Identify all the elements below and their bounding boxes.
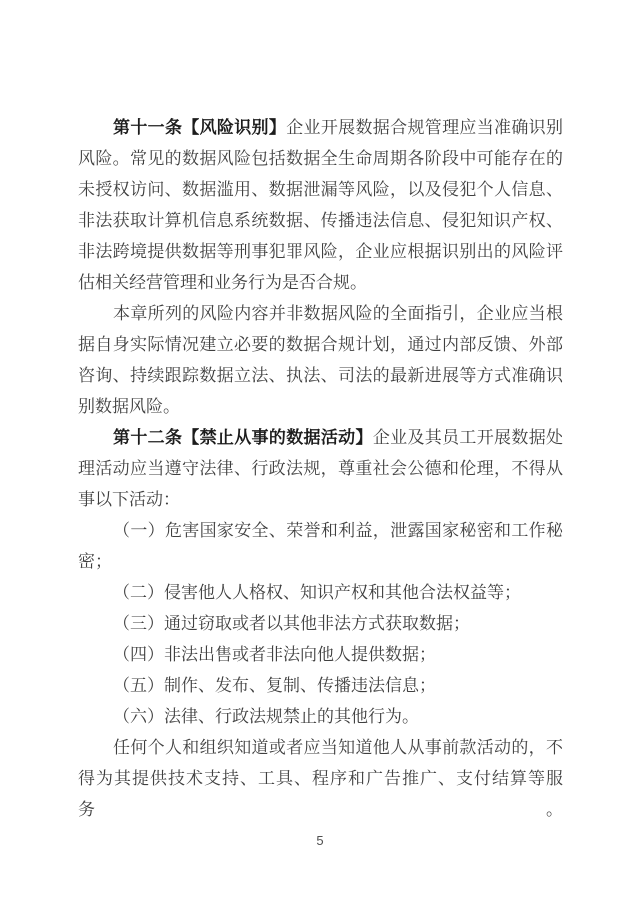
document-page: 第十一条【风险识别】企业开展数据合规管理应当准确识别 风险。常见的数据风险包括数…: [0, 0, 640, 905]
paragraph-risk-note: 本章所列的风险内容并非数据风险的全面指引，企业应当根 据自身实际情况建立必要的数…: [78, 298, 563, 422]
text-line: 事以下活动：: [78, 484, 563, 515]
list-item: （六）法律、行政法规禁止的其他行为。: [78, 701, 563, 732]
list-prohibited-activities: （一）危害国家安全、荣誉和利益，泄露国家秘密和工作秘 密； （二）侵害他人人格权…: [78, 515, 563, 732]
text-line: 别数据风险。: [78, 391, 563, 422]
list-item: （四）非法出售或者非法向他人提供数据；: [78, 639, 563, 670]
article-11-heading-rest: 企业开展数据合规管理应当准确识别: [286, 118, 563, 137]
text-line: 得为其提供技术支持、工具、程序和广告推广、支付结算等服务。: [78, 763, 563, 794]
list-item: 密；: [78, 546, 563, 577]
page-number: 5: [0, 832, 640, 850]
text-line: 本章所列的风险内容并非数据风险的全面指引，企业应当根: [78, 298, 563, 329]
text-line: 任何个人和组织知道或者应当知道他人从事前款活动的，不: [78, 732, 563, 763]
paragraph-article-11: 第十一条【风险识别】企业开展数据合规管理应当准确识别 风险。常见的数据风险包括数…: [78, 112, 563, 298]
text-line: 风险。常见的数据风险包括数据全生命周期各阶段中可能存在的: [78, 143, 563, 174]
text-line: 第十二条【禁止从事的数据活动】企业及其员工开展数据处: [78, 422, 563, 453]
text-line: 未授权访问、数据滥用、数据泄漏等风险，以及侵犯个人信息、: [78, 174, 563, 205]
text-line: 估相关经营管理和业务行为是否合规。: [78, 267, 563, 298]
text-line: 第十一条【风险识别】企业开展数据合规管理应当准确识别: [78, 112, 563, 143]
list-item: （一）危害国家安全、荣誉和利益，泄露国家秘密和工作秘: [78, 515, 563, 546]
list-item: （三）通过窃取或者以其他非法方式获取数据；: [78, 608, 563, 639]
article-12-heading-rest: 企业及其员工开展数据处: [373, 428, 563, 447]
text-line: 非法跨境提供数据等刑事犯罪风险，企业应根据识别出的风险评: [78, 236, 563, 267]
text-line: 理活动应当遵守法律、行政法规，尊重社会公德和伦理，不得从: [78, 453, 563, 484]
article-11-heading: 第十一条【风险识别】: [113, 118, 286, 137]
document-body: 第十一条【风险识别】企业开展数据合规管理应当准确识别 风险。常见的数据风险包括数…: [78, 112, 563, 794]
paragraph-closing: 任何个人和组织知道或者应当知道他人从事前款活动的，不 得为其提供技术支持、工具、…: [78, 732, 563, 794]
text-line: 咨询、持续跟踪数据立法、执法、司法的最新进展等方式准确识: [78, 360, 563, 391]
text-line: 非法获取计算机信息系统数据、传播违法信息、侵犯知识产权、: [78, 205, 563, 236]
list-item: （五）制作、发布、复制、传播违法信息；: [78, 670, 563, 701]
text-line: 据自身实际情况建立必要的数据合规计划，通过内部反馈、外部: [78, 329, 563, 360]
paragraph-article-12: 第十二条【禁止从事的数据活动】企业及其员工开展数据处 理活动应当遵守法律、行政法…: [78, 422, 563, 515]
list-item: （二）侵害他人人格权、知识产权和其他合法权益等；: [78, 577, 563, 608]
article-12-heading: 第十二条【禁止从事的数据活动】: [113, 428, 373, 447]
